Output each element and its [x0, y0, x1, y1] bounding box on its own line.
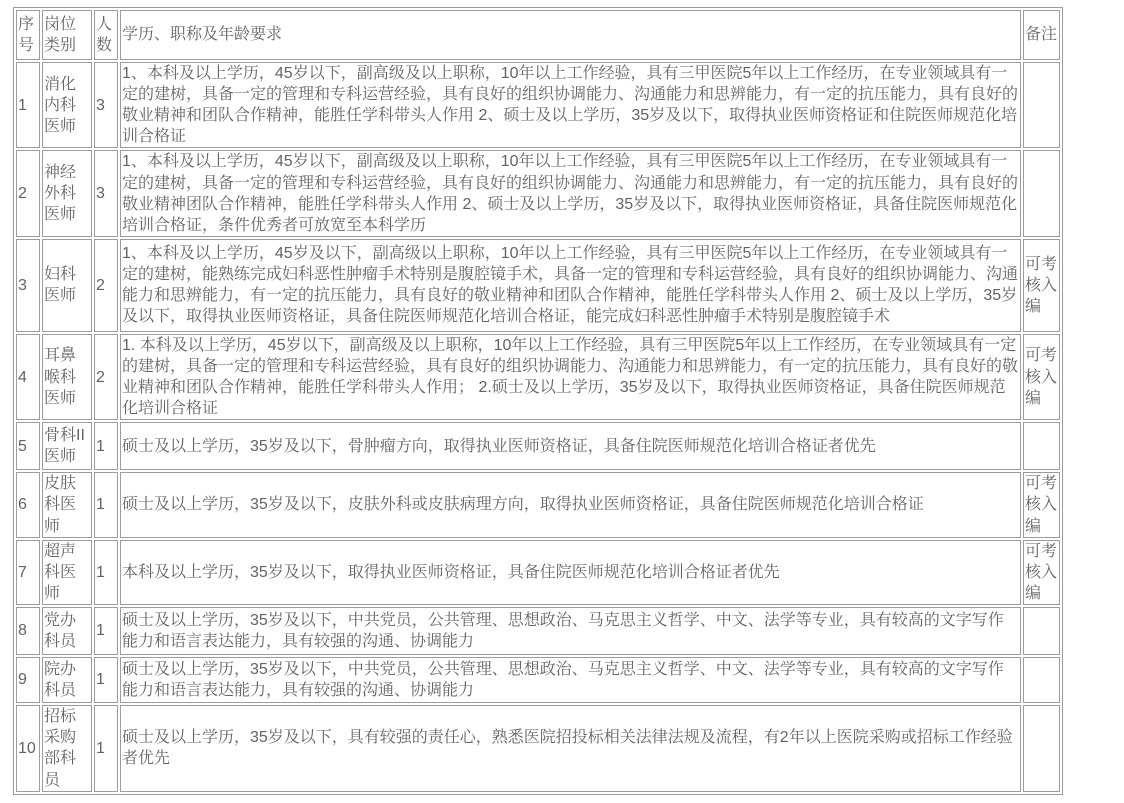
cell-seq: 3: [16, 239, 40, 332]
cell-category: 招标采购部科员: [42, 705, 92, 792]
cell-requirements: 硕士及以上学历，35岁及以下，皮肤外科或皮肤病理方向，取得执业医师资格证，具备住…: [120, 472, 1021, 537]
cell-count: 2: [94, 239, 118, 332]
cell-remark: 可考核入编: [1023, 334, 1060, 420]
table-row: 8 党办科员 1 硕士及以上学历，35岁及以下，中共党员，公共管理、思想政治、马…: [16, 607, 1060, 655]
table-row: 4 耳鼻喉科医师 2 1. 本科及以上学历，45岁以下，副高级及以上职称，10年…: [16, 334, 1060, 420]
cell-requirements: 1、本科及以上学历，45岁以下，副高级及以上职称，10年以上工作经验，具有三甲医…: [120, 62, 1021, 148]
cell-remark: [1023, 705, 1060, 792]
cell-seq: 2: [16, 150, 40, 236]
table-row: 1 消化内科医师 3 1、本科及以上学历，45岁以下，副高级及以上职称，10年以…: [16, 62, 1060, 148]
page: { "colors": { "text": "#636363", "border…: [0, 0, 1124, 803]
col-header-seq: 序号: [16, 10, 40, 60]
cell-category: 超声科医师: [42, 540, 92, 605]
cell-count: 1: [94, 657, 118, 703]
table-row: 5 骨科II医师 1 硕士及以上学历，35岁及以下，骨肿瘤方向，取得执业医师资格…: [16, 422, 1060, 470]
cell-category: 骨科II医师: [42, 422, 92, 470]
cell-remark: [1023, 657, 1060, 703]
header-row: 序号 岗位类别 人数 学历、职称及年龄要求 备注: [16, 10, 1060, 60]
cell-remark: [1023, 607, 1060, 655]
table-row: 3 妇科医师 2 1、本科及以上学历，45岁及以下，副高级以上职称，10年以上工…: [16, 239, 1060, 332]
cell-remark: 可考核入编: [1023, 239, 1060, 332]
cell-requirements: 1. 本科及以上学历，45岁以下，副高级及以上职称，10年以上工作经验，具有三甲…: [120, 334, 1021, 420]
cell-seq: 6: [16, 472, 40, 537]
cell-count: 1: [94, 705, 118, 792]
col-header-count: 人数: [94, 10, 118, 60]
cell-seq: 8: [16, 607, 40, 655]
table-row: 9 院办科员 1 硕士及以上学历，35岁及以下，中共党员，公共管理、思想政治、马…: [16, 657, 1060, 703]
cell-requirements: 硕士及以上学历，35岁及以下，中共党员，公共管理、思想政治、马克思主义哲学、中文…: [120, 607, 1021, 655]
cell-seq: 9: [16, 657, 40, 703]
col-header-category: 岗位类别: [42, 10, 92, 60]
cell-remark: [1023, 150, 1060, 236]
cell-count: 1: [94, 607, 118, 655]
cell-seq: 4: [16, 334, 40, 420]
cell-requirements: 硕士及以上学历，35岁及以下，中共党员，公共管理、思想政治、马克思主义哲学、中文…: [120, 657, 1021, 703]
cell-category: 院办科员: [42, 657, 92, 703]
cell-count: 3: [94, 150, 118, 236]
table-row: 10 招标采购部科员 1 硕士及以上学历，35岁及以下，具有较强的责任心，熟悉医…: [16, 705, 1060, 792]
cell-requirements: 硕士及以上学历，35岁及以下，骨肿瘤方向，取得执业医师资格证，具备住院医师规范化…: [120, 422, 1021, 470]
cell-category: 党办科员: [42, 607, 92, 655]
cell-category: 消化内科医师: [42, 62, 92, 148]
cell-category: 皮肤科医师: [42, 472, 92, 537]
cell-remark: [1023, 422, 1060, 470]
cell-requirements: 本科及以上学历，35岁及以下，取得执业医师资格证，具备住院医师规范化培训合格证者…: [120, 540, 1021, 605]
cell-seq: 1: [16, 62, 40, 148]
col-header-requirements: 学历、职称及年龄要求: [120, 10, 1021, 60]
cell-count: 1: [94, 422, 118, 470]
cell-count: 1: [94, 540, 118, 605]
table-row: 7 超声科医师 1 本科及以上学历，35岁及以下，取得执业医师资格证，具备住院医…: [16, 540, 1060, 605]
cell-remark: 可考核入编: [1023, 472, 1060, 537]
cell-seq: 7: [16, 540, 40, 605]
cell-category: 妇科医师: [42, 239, 92, 332]
cell-remark: [1023, 62, 1060, 148]
cell-remark: 可考核入编: [1023, 540, 1060, 605]
recruitment-table: 序号 岗位类别 人数 学历、职称及年龄要求 备注 1 消化内科医师 3 1、本科…: [13, 7, 1063, 795]
cell-category: 神经外科医师: [42, 150, 92, 236]
cell-count: 3: [94, 62, 118, 148]
cell-category: 耳鼻喉科医师: [42, 334, 92, 420]
cell-count: 1: [94, 472, 118, 537]
cell-count: 2: [94, 334, 118, 420]
table-row: 6 皮肤科医师 1 硕士及以上学历，35岁及以下，皮肤外科或皮肤病理方向，取得执…: [16, 472, 1060, 537]
table-row: 2 神经外科医师 3 1、本科及以上学历，45岁以下，副高级及以上职称，10年以…: [16, 150, 1060, 236]
cell-seq: 10: [16, 705, 40, 792]
cell-requirements: 1、本科及以上学历，45岁以下，副高级及以上职称，10年以上工作经验，具有三甲医…: [120, 150, 1021, 236]
col-header-remark: 备注: [1023, 10, 1060, 60]
cell-requirements: 硕士及以上学历，35岁及以下，具有较强的责任心，熟悉医院招投标相关法律法规及流程…: [120, 705, 1021, 792]
cell-seq: 5: [16, 422, 40, 470]
cell-requirements: 1、本科及以上学历，45岁及以下，副高级以上职称，10年以上工作经验，具有三甲医…: [120, 239, 1021, 332]
